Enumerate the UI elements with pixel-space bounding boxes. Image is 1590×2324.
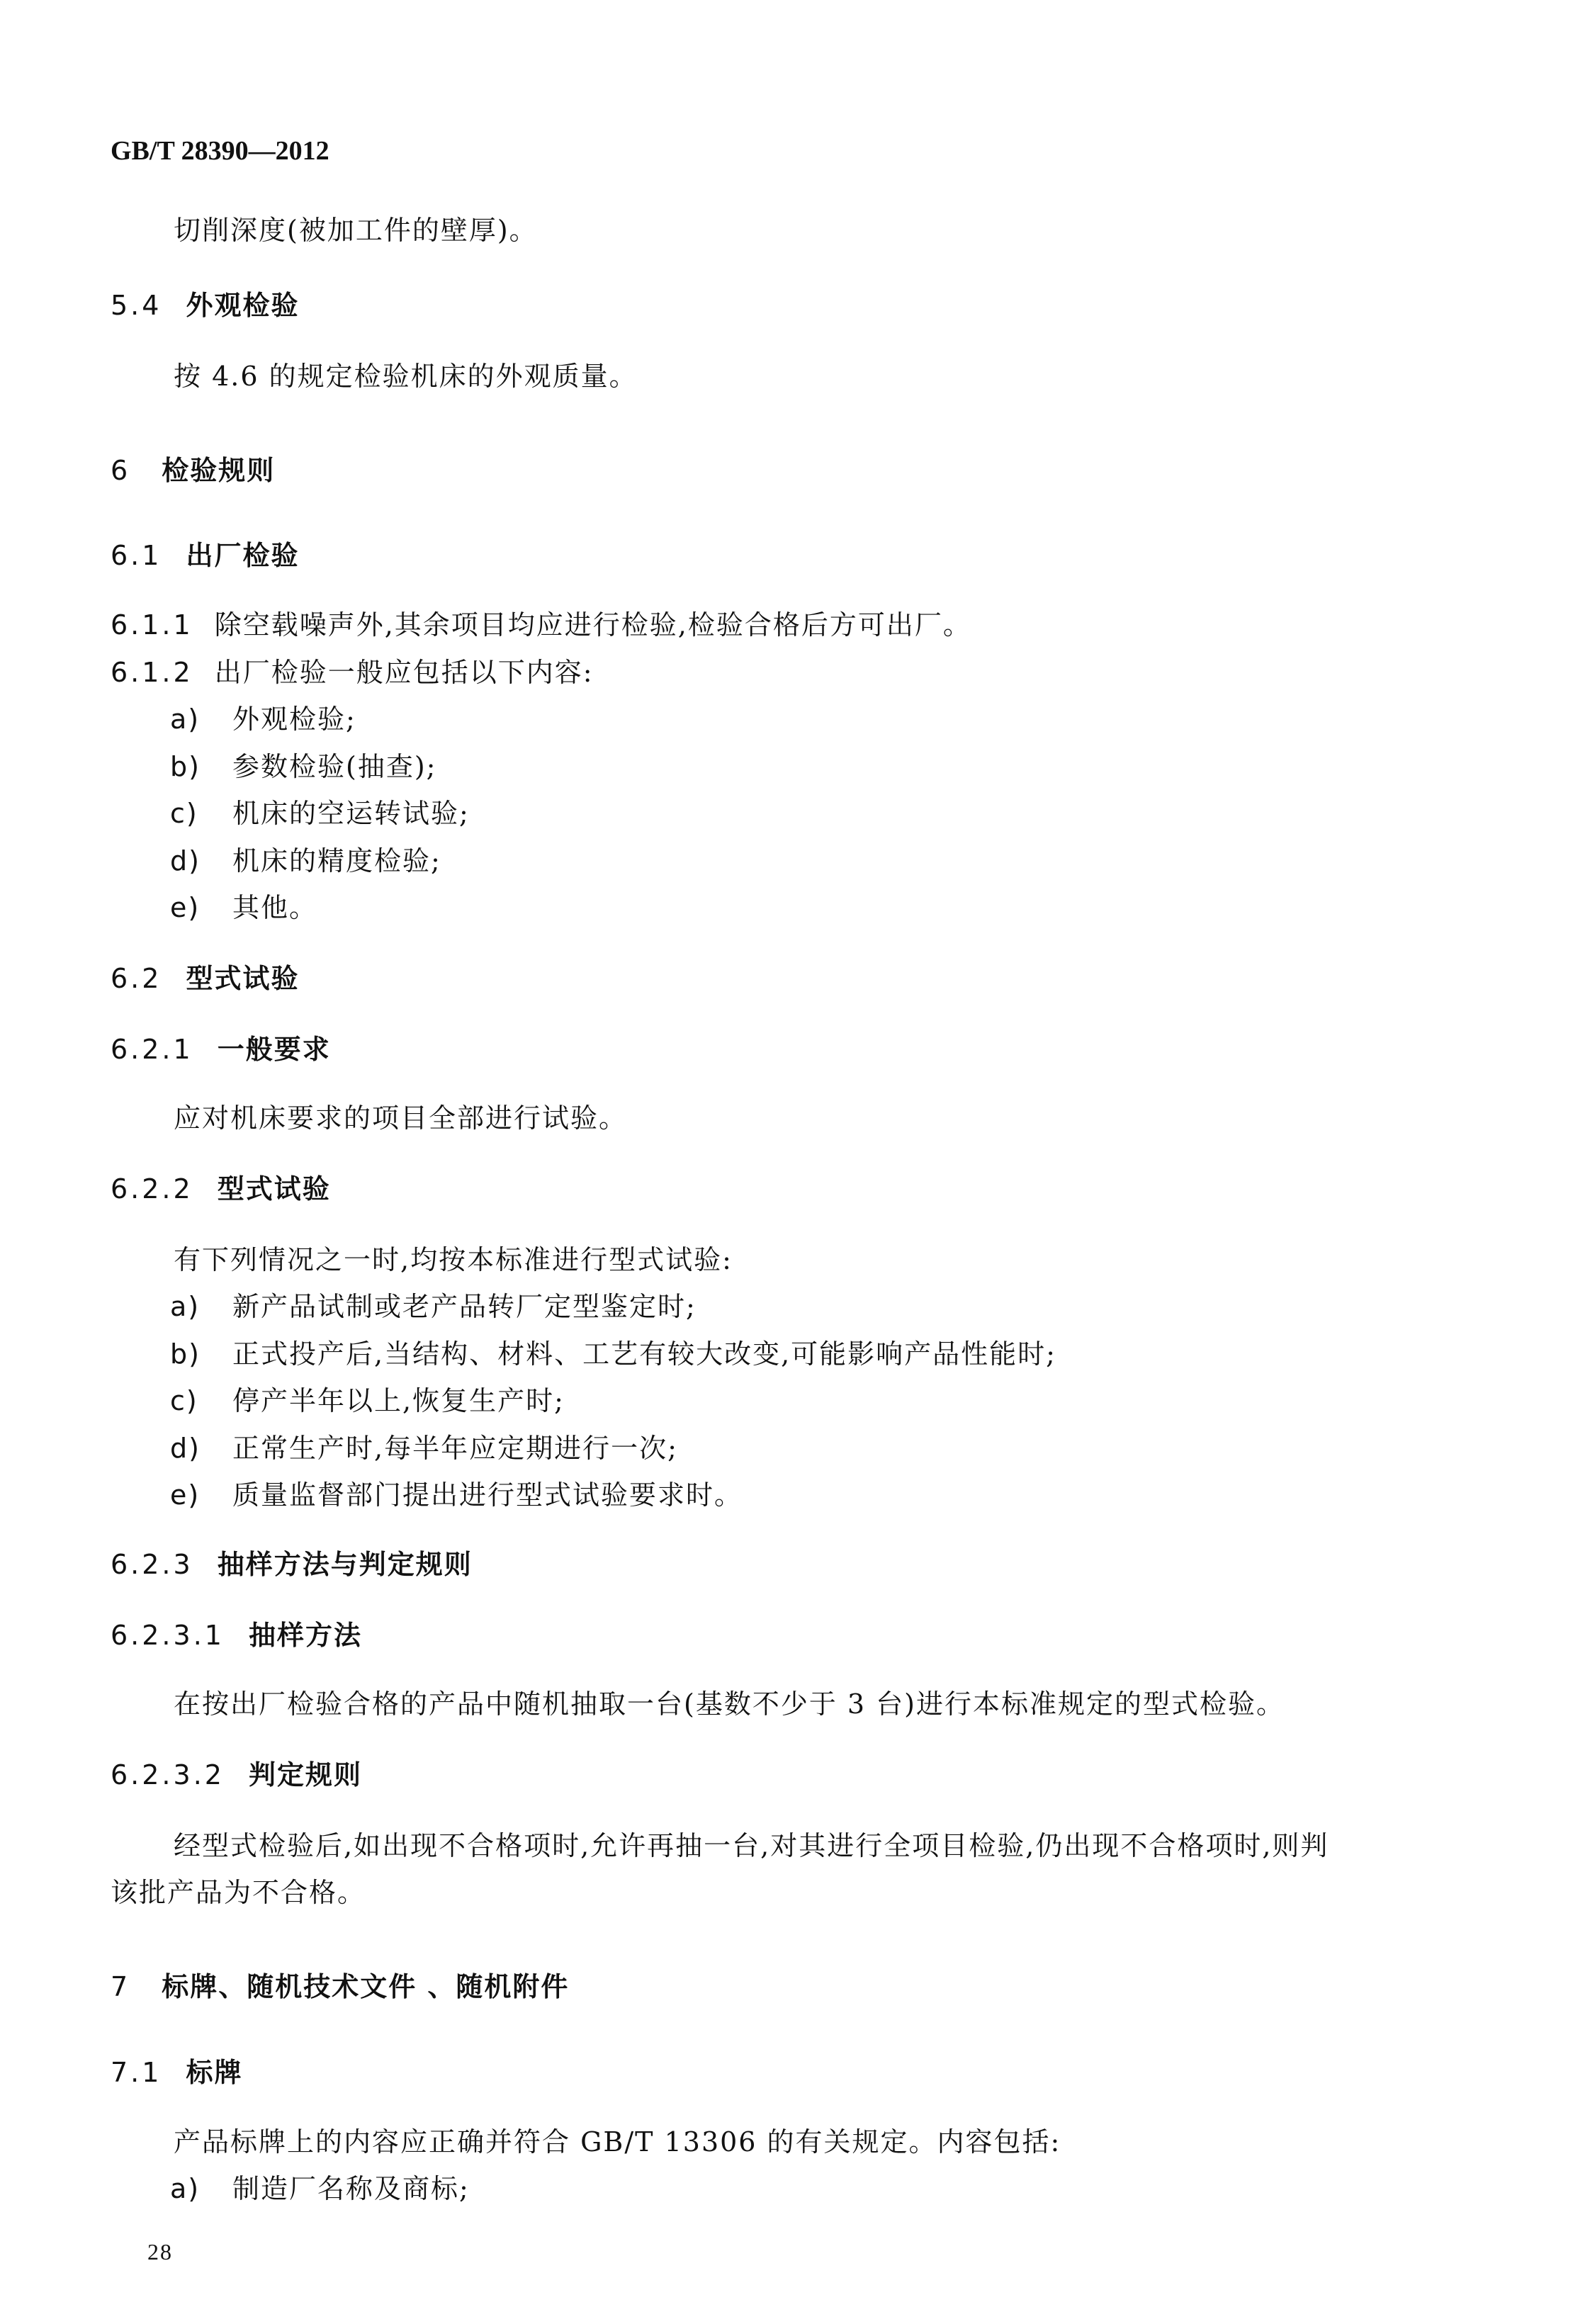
- page-number: 28: [147, 2235, 173, 2268]
- list-item: c)停产半年以上,恢复生产时;: [170, 1384, 565, 1417]
- list-item-label: a): [170, 1290, 232, 1323]
- list-item-text: 质量监督部门提出进行型式试验要求时。: [232, 1479, 743, 1511]
- section-title: 抽样方法与判定规则: [218, 1549, 473, 1580]
- section-number: 6.2.3.2: [111, 1759, 225, 1791]
- paragraph-continuation: 该批产品为不合格。: [111, 1876, 366, 1909]
- list-item-text: 正式投产后,当结构、材料、工艺有较大改变,可能影响产品性能时;: [232, 1338, 1056, 1370]
- section-title: 型式试验: [218, 1173, 331, 1205]
- list-item: d)机床的精度检验;: [170, 845, 441, 877]
- section-number: 6.2.1: [111, 1033, 193, 1066]
- clause-6-1-2: 6.1.2出厂检验一般应包括以下内容:: [111, 656, 594, 689]
- list-item-label: c): [170, 1384, 232, 1417]
- paragraph: 应对机床要求的项目全部进行试验。: [174, 1102, 627, 1134]
- list-item-text: 机床的精度检验;: [232, 845, 441, 876]
- list-item: e)其他。: [170, 891, 317, 924]
- list-item-text: 机床的空运转试验;: [232, 798, 470, 829]
- section-title: 出厂检验: [186, 540, 299, 571]
- clause-text: 出厂检验一般应包括以下内容:: [215, 657, 594, 688]
- list-item-label: c): [170, 797, 232, 830]
- section-number: 5.4: [111, 289, 162, 322]
- list-item-label: d): [170, 845, 232, 877]
- chapter-number: 7: [111, 1970, 130, 2003]
- list-item-text: 停产半年以上,恢复生产时;: [232, 1385, 565, 1416]
- section-title: 一般要求: [218, 1034, 331, 1065]
- chapter-heading-6: 6检验规则: [111, 454, 275, 487]
- list-item-text: 制造厂名称及商标;: [232, 2173, 470, 2204]
- section-heading-6-2: 6.2型式试验: [111, 962, 299, 995]
- paragraph: 在按出厂检验合格的产品中随机抽取一台(基数不少于 3 台)进行本标准规定的型式检…: [174, 1688, 1285, 1720]
- list-item-text: 新产品试制或老产品转厂定型鉴定时;: [232, 1291, 697, 1322]
- clause-6-1-1: 6.1.1除空载噪声外,其余项目均应进行检验,检验合格后方可出厂。: [111, 609, 971, 641]
- section-heading-6-2-3-2: 6.2.3.2判定规则: [111, 1759, 362, 1791]
- section-number: 6.2.3.1: [111, 1619, 225, 1652]
- standard-code-header: GB/T 28390—2012: [111, 135, 329, 167]
- list-item-label: a): [170, 703, 232, 735]
- section-title: 外观检验: [186, 290, 299, 321]
- paragraph: 产品标牌上的内容应正确并符合 GB/T 13306 的有关规定。内容包括:: [174, 2126, 1061, 2158]
- paragraph: 切削深度(被加工件的壁厚)。: [174, 214, 538, 247]
- section-number: 6.1: [111, 539, 162, 572]
- document-page: GB/T 28390—2012 切削深度(被加工件的壁厚)。 5.4外观检验 按…: [0, 0, 1590, 2324]
- clause-number: 6.1.2: [111, 656, 193, 689]
- list-item-label: d): [170, 1432, 232, 1465]
- list-item-label: b): [170, 1338, 232, 1370]
- section-title: 标牌: [186, 2057, 242, 2088]
- section-heading-6-1: 6.1出厂检验: [111, 539, 299, 572]
- list-item: a)外观检验;: [170, 703, 356, 735]
- list-item: b)参数检验(抽查);: [170, 750, 436, 783]
- section-heading-7-1: 7.1标牌: [111, 2056, 242, 2089]
- paragraph: 经型式检验后,如出现不合格项时,允许再抽一台,对其进行全项目检验,仍出现不合格项…: [174, 1829, 1329, 1862]
- list-item: d)正常生产时,每半年应定期进行一次;: [170, 1432, 678, 1465]
- section-heading-6-2-1: 6.2.1一般要求: [111, 1033, 331, 1066]
- list-item: a)新产品试制或老产品转厂定型鉴定时;: [170, 1290, 697, 1323]
- section-number: 6.2.3: [111, 1548, 193, 1581]
- list-item-text: 正常生产时,每半年应定期进行一次;: [232, 1433, 678, 1464]
- list-item-text: 外观检验;: [232, 704, 356, 735]
- section-title: 抽样方法: [249, 1620, 362, 1651]
- list-item-label: e): [170, 891, 232, 924]
- list-item: e)质量监督部门提出进行型式试验要求时。: [170, 1479, 743, 1511]
- list-item: a)制造厂名称及商标;: [170, 2172, 470, 2205]
- chapter-title: 标牌、随机技术文件 、随机附件: [162, 1971, 569, 2002]
- chapter-heading-7: 7标牌、随机技术文件 、随机附件: [111, 1970, 569, 2003]
- list-item: c)机床的空运转试验;: [170, 797, 470, 830]
- clause-text: 除空载噪声外,其余项目均应进行检验,检验合格后方可出厂。: [215, 609, 971, 641]
- paragraph: 有下列情况之一时,均按本标准进行型式试验:: [174, 1243, 733, 1276]
- section-heading-6-2-3: 6.2.3抽样方法与判定规则: [111, 1548, 473, 1581]
- section-number: 7.1: [111, 2056, 162, 2089]
- list-item-label: b): [170, 750, 232, 783]
- list-item-text: 参数检验(抽查);: [232, 751, 436, 782]
- chapter-title: 检验规则: [162, 455, 275, 486]
- section-title: 判定规则: [249, 1759, 362, 1790]
- section-title: 型式试验: [186, 963, 299, 994]
- section-heading-6-2-2: 6.2.2型式试验: [111, 1173, 331, 1205]
- section-heading-5-4: 5.4外观检验: [111, 289, 299, 322]
- chapter-number: 6: [111, 454, 130, 487]
- list-item-label: e): [170, 1479, 232, 1511]
- list-item-text: 其他。: [232, 892, 317, 923]
- list-item-label: a): [170, 2172, 232, 2205]
- list-item: b)正式投产后,当结构、材料、工艺有较大改变,可能影响产品性能时;: [170, 1338, 1056, 1370]
- clause-number: 6.1.1: [111, 609, 193, 641]
- section-heading-6-2-3-1: 6.2.3.1抽样方法: [111, 1619, 362, 1652]
- section-number: 6.2.2: [111, 1173, 193, 1205]
- paragraph: 按 4.6 的规定检验机床的外观质量。: [174, 360, 638, 393]
- section-number: 6.2: [111, 962, 162, 995]
